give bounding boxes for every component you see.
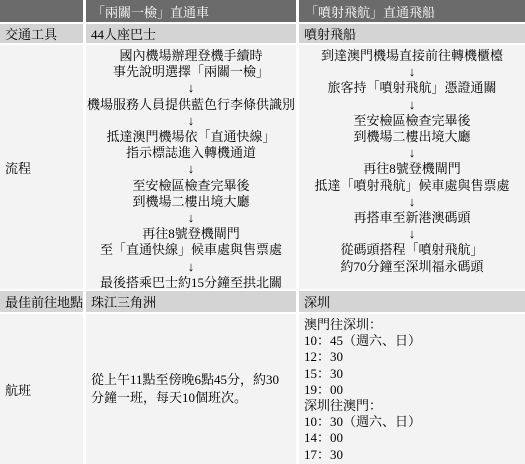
down-arrow-icon: ↓ — [299, 97, 525, 113]
text-line: 到機場二樓出境大廳 — [86, 194, 296, 210]
down-arrow-icon: ↓ — [86, 80, 296, 96]
text-line: 至「直通快線」候車處與售票處 — [86, 242, 296, 258]
text-line: 19：00 — [304, 382, 525, 398]
down-arrow-icon: ↓ — [86, 259, 296, 275]
text-line: 約70分鐘至深圳福永碼頭 — [299, 259, 525, 275]
text-line: 到機場二樓出境大廳 — [299, 129, 525, 145]
down-arrow-icon: ↓ — [86, 113, 296, 129]
text-line: 澳門往深圳： — [304, 317, 525, 333]
text-line: 再搭車至新港澳碼頭 — [299, 210, 525, 226]
row-label-flights: 航班 — [0, 314, 83, 464]
flights-bus-schedule: 從上午11點至傍晚6點45分，約30分鐘一班，每天10個班次。 — [86, 314, 296, 464]
text-line: 旅客持「噴射飛航」憑證通關 — [299, 80, 525, 96]
text-line: 深圳往澳門： — [304, 398, 525, 414]
down-arrow-icon: ↓ — [299, 145, 525, 161]
down-arrow-icon: ↓ — [299, 64, 525, 80]
text-line: 指示標誌進入轉機通道 — [86, 145, 296, 161]
text-line: 到達澳門機場直接前往轉機櫃檯 — [299, 48, 525, 64]
text-line: 事先說明選擇「兩關一檢」 — [86, 64, 296, 80]
transport-bus-value: 44人座巴士 — [86, 24, 296, 43]
text-line: 從碼頭搭程「噴射飛航」 — [299, 242, 525, 258]
down-arrow-icon: ↓ — [299, 194, 525, 210]
down-arrow-icon: ↓ — [86, 210, 296, 226]
text-line: 17：30 — [304, 447, 525, 463]
header-bus-column: 「兩關一檢」直通車 — [86, 0, 296, 22]
text-line: 再往8號登機閘門 — [86, 226, 296, 242]
text-line: 10：30（週六、日） — [304, 414, 525, 430]
row-label-best-destination: 最佳前往地點 — [0, 291, 83, 312]
process-bus-flow: 國內機場辦理登機手續時事先說明選擇「兩關一檢」↓機場服務人員提供藍色行李條供識別… — [86, 45, 296, 289]
row-label-transport: 交通工具 — [0, 24, 83, 43]
text-line: 10：45（週六、日） — [304, 333, 525, 349]
best-destination-bus-value: 珠江三角洲 — [86, 291, 296, 312]
text-line: 15：30 — [304, 366, 525, 382]
text-line: 抵達澳門機場依「直通快線」 — [86, 129, 296, 145]
text-line: 12：30 — [304, 349, 525, 365]
text-line: 國內機場辦理登機手續時 — [86, 48, 296, 64]
text-line: 14：00 — [304, 430, 525, 446]
text-line: 機場服務人員提供藍色行李條供識別 — [86, 97, 296, 113]
flights-bus-schedule-text: 從上午11點至傍晚6點45分，約30分鐘一班，每天10個班次。 — [91, 371, 288, 407]
comparison-table: 「兩關一檢」直通車 「噴射飛航」直通飛船 交通工具 44人座巴士 噴射飛船 流程… — [0, 0, 525, 464]
text-line: 抵達「噴射飛航」候車處與售票處 — [299, 178, 525, 194]
header-corner-cell — [0, 0, 83, 22]
down-arrow-icon: ↓ — [86, 161, 296, 177]
transport-ferry-value: 噴射飛船 — [299, 24, 525, 43]
header-ferry-column: 「噴射飛航」直通飛船 — [299, 0, 525, 22]
best-destination-ferry-value: 深圳 — [299, 291, 525, 312]
down-arrow-icon: ↓ — [299, 226, 525, 242]
row-label-process: 流程 — [0, 45, 83, 289]
process-ferry-flow: 到達澳門機場直接前往轉機櫃檯↓旅客持「噴射飛航」憑證通關↓至安檢區檢查完畢後到機… — [299, 45, 525, 289]
text-line: 再往8號登機閘門 — [299, 161, 525, 177]
text-line: 最後搭乘巴士約15分鐘至拱北關 — [86, 275, 296, 289]
text-line: 至安檢區檢查完畢後 — [86, 178, 296, 194]
flights-ferry-schedule: 澳門往深圳：10：45（週六、日）12：3015：3019：00深圳往澳門：10… — [299, 314, 525, 464]
text-line: 至安檢區檢查完畢後 — [299, 113, 525, 129]
